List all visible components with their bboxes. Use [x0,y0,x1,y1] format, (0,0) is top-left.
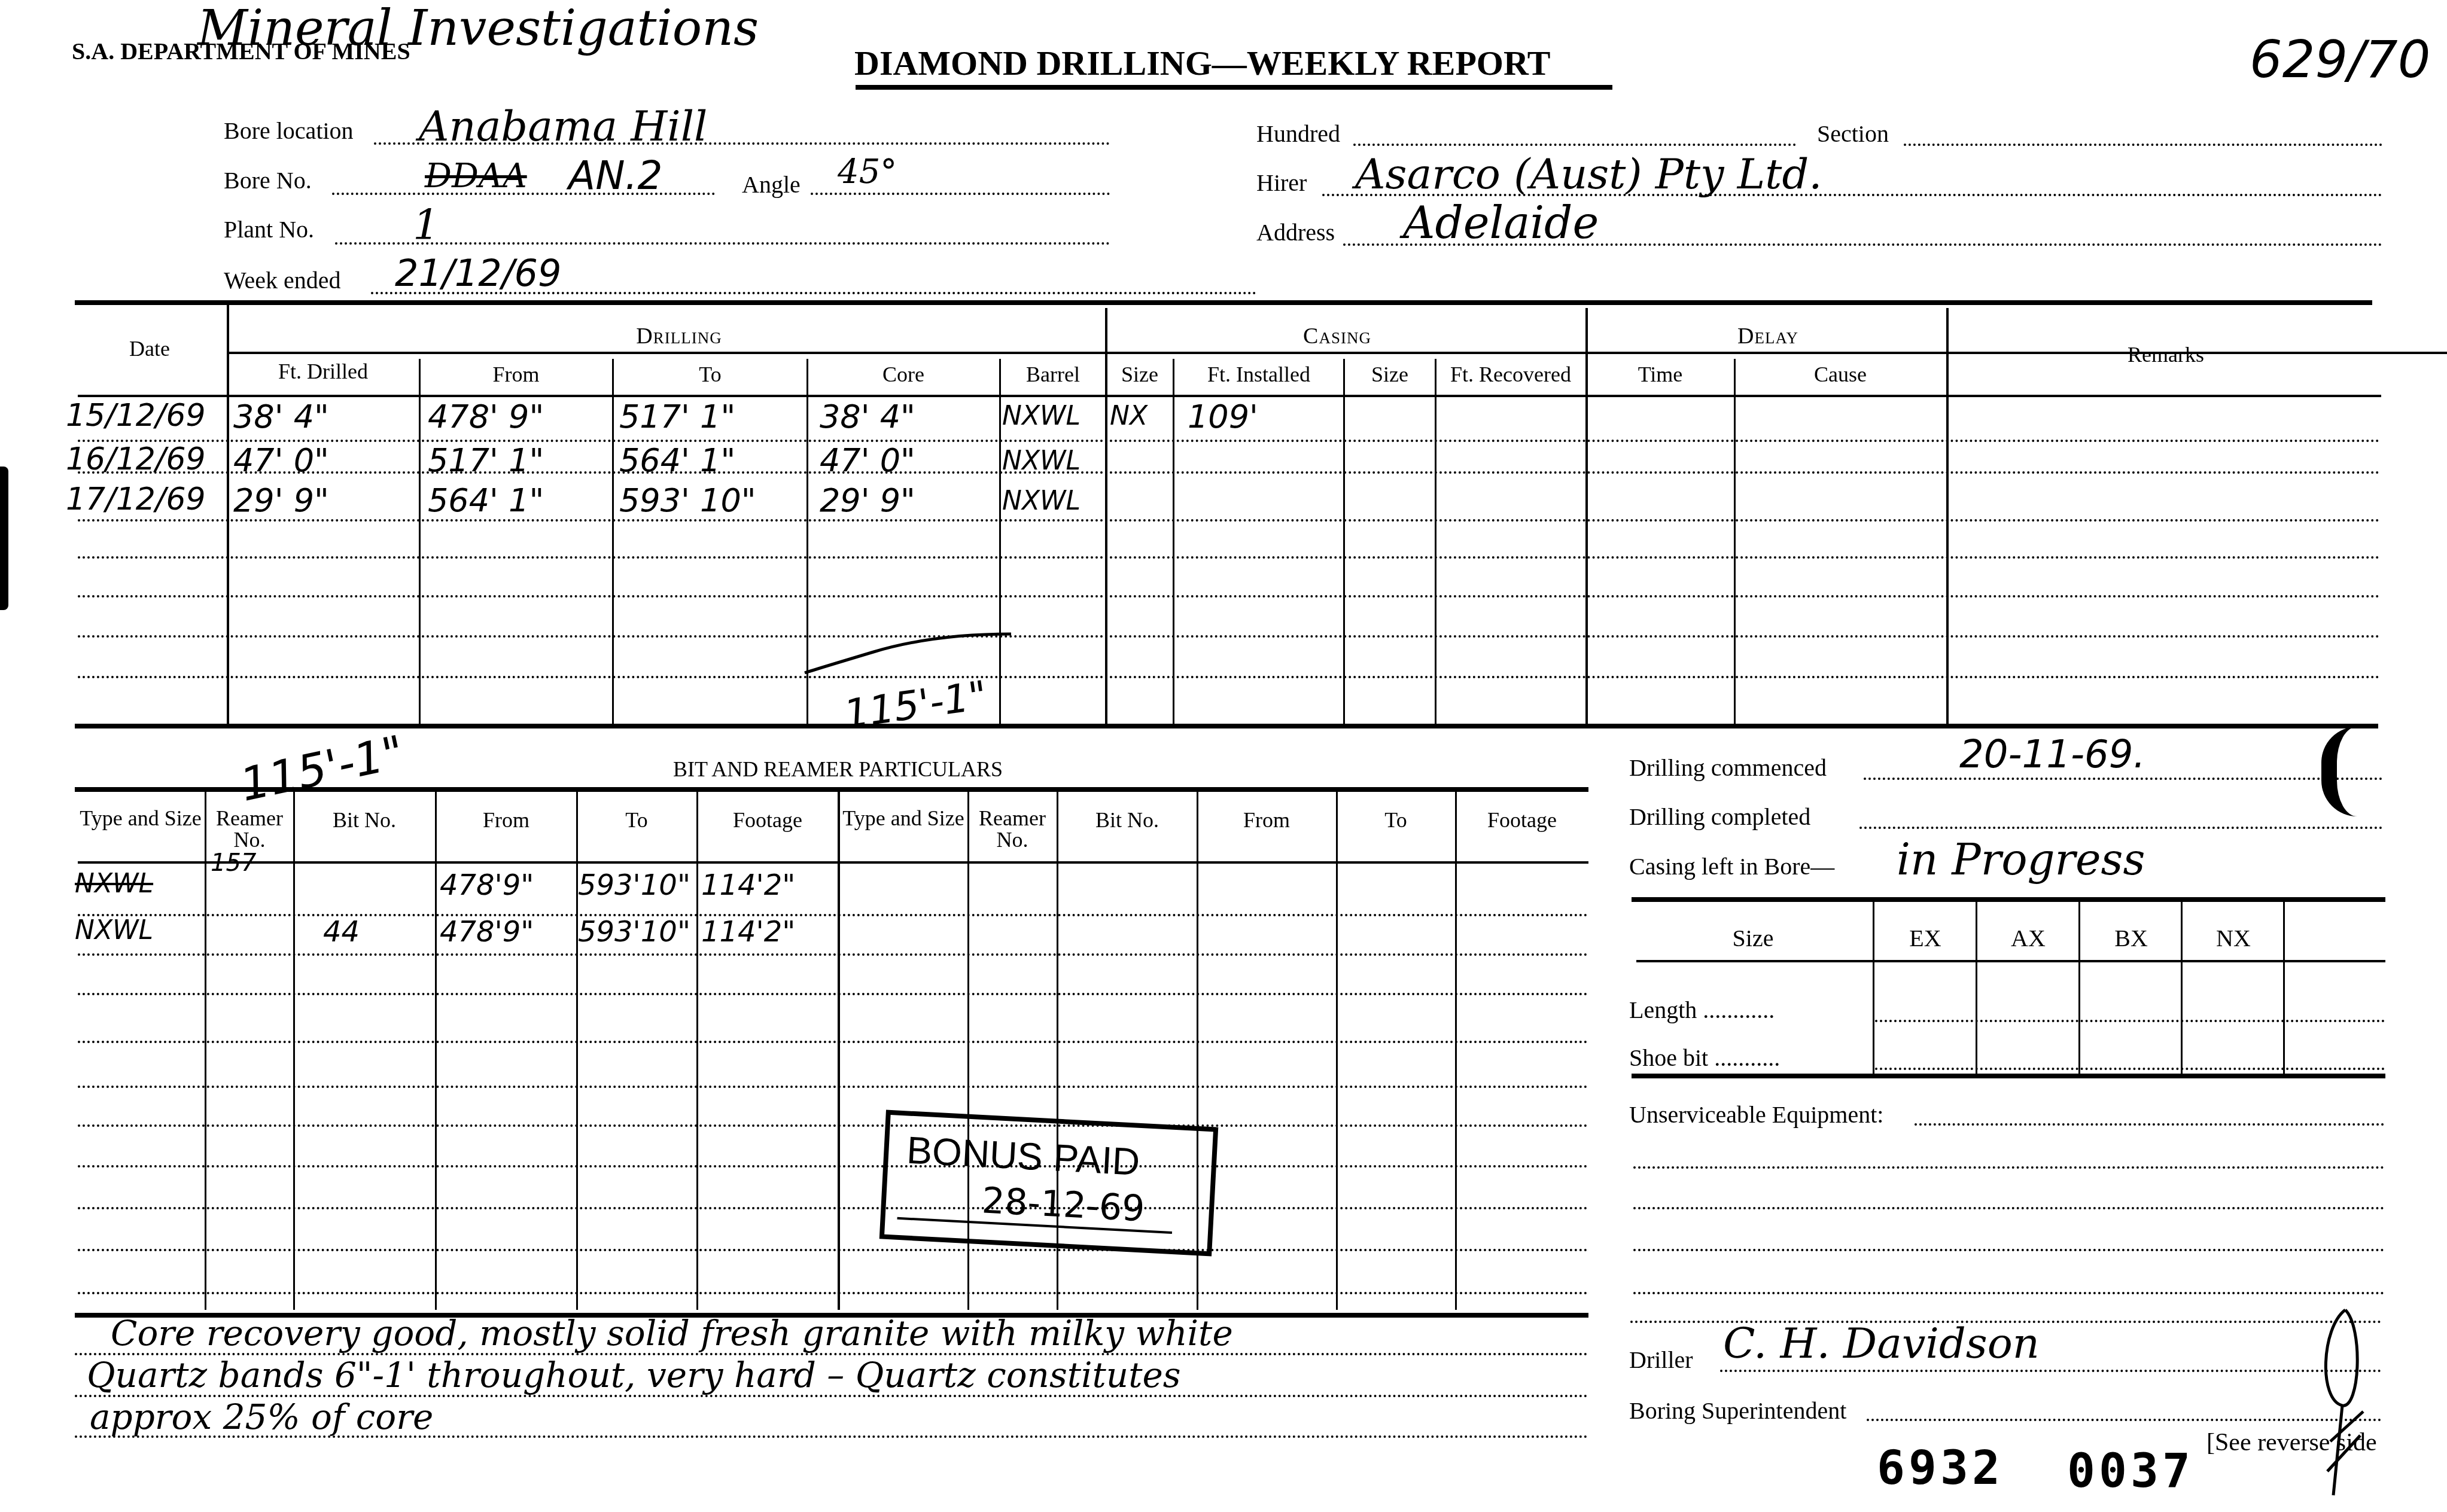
row-core[interactable]: 47' 0" [820,441,915,479]
header-barrel: Barrel [1002,362,1104,387]
title-underline [856,85,1612,90]
driller-line [1720,1370,2381,1372]
bit-reamer-title: BIT AND REAMER PARTICULARS [673,757,1003,782]
drilling-commenced-label: Drilling commenced [1629,754,1827,782]
row-core[interactable]: 38' 4" [820,398,915,435]
drilling-completed-line [1859,827,2382,829]
col-divider [227,303,229,724]
col-divider [1173,359,1174,724]
unserviceable-line [1633,1249,2384,1251]
bit-row-footage[interactable]: 114'2" [701,915,795,949]
bore-no-struck: DDAA [425,157,527,196]
scan-edge-mark [0,467,8,610]
length-line [1875,1020,2385,1022]
row-to[interactable]: 564' 1" [619,441,735,479]
shoe-bit-label: Shoe bit ........... [1629,1044,1780,1072]
row-line [78,471,2381,474]
header-ft-drilled: Ft. Drilled [230,359,416,384]
col-divider [1343,359,1345,724]
row-core[interactable]: 29' 9" [820,481,915,519]
row-barrel[interactable]: NXWL [1002,401,1081,431]
header-delay: Delay [1687,323,1849,349]
bore-no-label: Bore No. [224,166,312,194]
casing-sizes-top-rule [1632,897,2385,902]
bit-header-footage: Footage [698,807,837,833]
address-label: Address [1256,218,1335,246]
notes-line-1[interactable]: Core recovery good, mostly solid fresh g… [111,1313,1233,1354]
col-divider [838,789,840,1310]
header-drilling: Drilling [598,323,760,349]
bit-header-footage-2: Footage [1457,807,1587,833]
bit-row-footage[interactable]: 114'2" [701,868,795,902]
row-line [78,519,2381,522]
row-line [78,595,2381,598]
driller-signature[interactable]: C. H. Davidson [1723,1319,2040,1368]
total-stroke-icon [802,628,1017,676]
bore-location-value[interactable]: Anabama Hill [419,102,707,151]
col-divider [612,359,614,724]
casing-sizes-bottom-rule [1632,1074,2385,1078]
bit-header-type-size: Type and Size [78,807,203,829]
bit-row-type-size[interactable]: NXWL [75,915,153,946]
col-divider [1336,789,1338,1310]
bit-row-type-size[interactable]: NXWL [75,868,153,899]
plant-no-label: Plant No. [224,215,314,243]
size-ex: EX [1875,924,1976,952]
notes-line-2[interactable]: Quartz bands 6"-1' throughout, very hard… [87,1355,1181,1395]
section-label: Section [1817,120,1889,148]
header-casing-size: Size [1107,362,1172,387]
row-from[interactable]: 478' 9" [428,398,544,435]
row-line [78,1292,1588,1294]
drilling-completed-label: Drilling completed [1629,803,1810,831]
bit-header-to-2: To [1338,807,1454,833]
bonus-paid-stamp: BONUS PAID 28-12-69 [879,1110,1219,1257]
address-value[interactable]: Adelaide [1403,197,1599,249]
size-ax: AX [1978,924,2078,952]
hundred-label: Hundred [1256,120,1340,148]
size-header: Size [1633,924,1873,952]
row-line [78,1041,1588,1043]
hirer-label: Hirer [1256,169,1307,197]
row-line [78,1086,1588,1088]
row-ft-installed[interactable]: 109' [1188,398,1258,435]
row-line [78,635,2381,638]
unserviceable-line [1633,1166,2384,1169]
row-line [78,676,2381,678]
bit-header-reamer-no-2: Reamer No. [969,807,1055,850]
bit-header-to: To [578,807,695,833]
bit-row-from[interactable]: 478'9" [440,868,534,902]
notes-line-3[interactable]: approx 25% of core [90,1397,433,1437]
week-ended-label: Week ended [224,266,341,294]
header-remarks: Remarks [2082,342,2250,367]
casing-left-label: Casing left in Bore— [1629,852,1834,880]
bit-header-reamer-no: Reamer No. [206,807,293,850]
superintendent-line [1867,1419,2381,1421]
col-divider [419,359,421,724]
hundred-line [1353,144,1796,146]
row-date[interactable]: 16/12/69 [66,441,206,477]
col-divider [1976,900,1977,1074]
length-label: Length ............ [1629,996,1775,1024]
row-ft-drilled[interactable]: 38' 4" [233,398,329,435]
row-from[interactable]: 564' 1" [428,481,544,519]
row-ft-drilled[interactable]: 29' 9" [233,481,329,519]
header-size-2: Size [1346,362,1434,387]
col-divider [1873,900,1874,1074]
bit-row-bit-no[interactable]: 44 [323,915,360,949]
row-line [78,1165,1588,1167]
unserviceable-line [1633,1292,2384,1294]
row-line [78,1207,1588,1209]
row-from[interactable]: 517' 1" [428,441,544,479]
plant-no-value[interactable]: 1 [413,200,440,249]
header-time: Time [1588,362,1733,387]
bit-header-bottom-rule [78,861,1588,864]
bit-total-annotation: 115'-1" [236,725,409,812]
angle-line [811,193,1110,195]
header-date: Date [108,336,191,361]
size-bx: BX [2081,924,2181,952]
col-divider [1455,789,1457,1310]
bit-header-bit-no-2: Bit No. [1058,807,1196,833]
row-ft-drilled[interactable]: 47' 0" [233,441,329,479]
bit-row-to[interactable]: 593'10" [578,915,690,949]
casing-left-value[interactable]: in Progress [1897,834,2145,885]
scan-bracket-mark [2321,727,2373,816]
col-divider [435,789,437,1310]
superintendent-label: Boring Superintendent [1629,1397,1846,1425]
driller-label: Driller [1629,1346,1693,1374]
bit-header-from-2: From [1198,807,1335,833]
row-line [78,440,2381,442]
header-casing: Casing [1256,323,1418,349]
col-divider [1734,359,1736,724]
page-title: DIAMOND DRILLING—WEEKLY REPORT [854,43,1550,83]
col-divider [293,789,295,1310]
col-divider [1946,308,1949,724]
shoe-bit-line [1875,1068,2385,1070]
bit-row-reamer-no[interactable]: 157 [211,849,256,877]
header-from: From [422,362,610,387]
stamp-text: BONUS PAID [906,1128,1141,1184]
row-date[interactable]: 15/12/69 [66,398,206,434]
bit-header-type-size-2: Type and Size [840,807,967,829]
row-line [78,914,1588,916]
drilling-table-top-rule [75,300,2372,305]
row-line [78,1249,1588,1251]
row-line [78,993,1588,995]
unserviceable-label: Unserviceable Equipment: [1629,1101,1883,1129]
header-cause: Cause [1736,362,1944,387]
col-divider [696,789,698,1310]
col-divider [576,789,578,1310]
week-ended-value[interactable]: 21/12/69 [395,251,561,295]
bit-row-to[interactable]: 593'10" [578,868,690,902]
col-divider [1435,359,1436,724]
subheader-rule [227,352,2447,354]
casing-sizes-header-rule [1636,960,2385,962]
header-core: Core [809,362,998,387]
plant-no-line [335,242,1110,245]
row-barrel[interactable]: NXWL [1002,486,1081,516]
bit-table-top-rule [75,787,1588,792]
bore-no-value[interactable]: AN.2 [568,153,663,199]
header-ft-installed: Ft. Installed [1175,362,1343,387]
angle-value[interactable]: 45° [838,153,897,191]
unserviceable-line [1633,1207,2384,1209]
row-line [78,1124,1588,1127]
angle-label: Angle [742,170,801,199]
row-line [78,953,1588,956]
size-nx: NX [2183,924,2284,952]
bit-row-from[interactable]: 478'9" [440,915,534,949]
unserviceable-line [1915,1123,2384,1126]
header-bottom-rule [78,395,2381,397]
row-line [78,556,2381,559]
row-to[interactable]: 593' 10" [619,481,756,519]
superintendent-signature-icon[interactable] [2309,1304,2381,1501]
department-annotation: Mineral Investigations [197,0,759,57]
section-line [1904,144,2382,146]
row-to[interactable]: 517' 1" [619,398,735,435]
document-number-part1: 6932 [1877,1441,2004,1495]
bit-section-top-rule [75,724,2378,728]
bit-header-from: From [437,807,576,833]
col-divider [205,789,206,1310]
bit-header-bit-no: Bit No. [295,807,434,833]
header-ft-recovered: Ft. Recovered [1437,362,1584,387]
document-number-part2: 0037 [2067,1444,2194,1498]
row-barrel[interactable]: NXWL [1002,446,1081,476]
header-to: To [615,362,805,387]
drilling-commenced-line [1864,778,2382,780]
bore-location-label: Bore location [224,117,354,145]
row-date[interactable]: 17/12/69 [66,481,206,517]
file-reference: 629/70 [2250,30,2431,90]
drilling-commenced-value[interactable]: 20-11-69. [1959,733,2145,777]
hirer-value[interactable]: Asarco (Aust) Pty Ltd. [1355,150,1822,199]
col-divider [2078,900,2080,1074]
see-reverse-note: [See reverse side [2206,1428,2377,1457]
row-casing-size[interactable]: NX [1110,401,1148,431]
